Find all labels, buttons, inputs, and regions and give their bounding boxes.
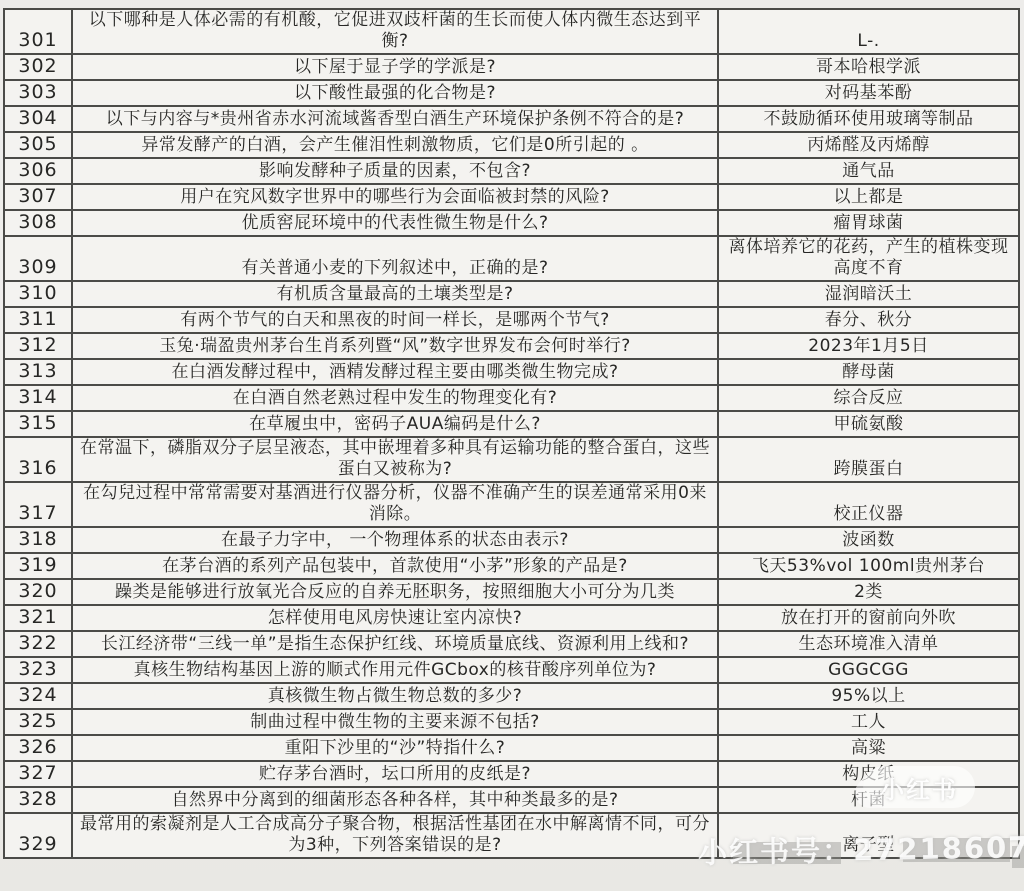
table-row: 301 以下哪种是人体必需的有机酸，它促进双歧杆菌的生长而使人体内微生态达到平衡… [4,9,1019,54]
row-number: 327 [4,761,72,787]
question-cell: 在白酒自然老熟过程中发生的物理变化有? [72,385,718,411]
answer-cell: GGGCGG [718,657,1019,683]
row-number: 317 [4,482,72,527]
xiaohongshu-logo-watermark: 小红书 [863,766,975,808]
table-row: 308 优质窖屁环境中的代表性微生物是什么? 瘤胃球菌 [4,210,1019,236]
answer-cell: 对码基苯酚 [718,80,1019,106]
table-row: 319 在茅台酒的系列产品包装中，首款使用“小茅”形象的产品是? 飞天53%vo… [4,553,1019,579]
row-number: 306 [4,158,72,184]
table-row: 307 用户在究风数字世界中的哪些行为会面临被封禁的风险? 以上都是 [4,184,1019,210]
row-number: 307 [4,184,72,210]
row-number: 310 [4,281,72,307]
table-row: 324 真核微生物占微生物总数的多少? 95%以上 [4,683,1019,709]
row-number: 325 [4,709,72,735]
row-number: 312 [4,333,72,359]
question-cell: 躁类是能够进行放氧光合反应的自养无胚职务，按照细胞大小可分为几类 [72,579,718,605]
question-cell: 以下与内容与*贵州省赤水河流域酱香型白酒生产环境保护条例不符合的是? [72,106,718,132]
table-row: 309 有关普通小麦的下列叙述中，正确的是? 离体培养它的花药，产生的植株变现高… [4,236,1019,281]
table-row: 322 长江经济带“三线一单”是指生态保护红线、环境质量底线、资源利用上线和? … [4,631,1019,657]
answer-cell: 离体培养它的花药，产生的植株变现高度不育 [718,236,1019,281]
question-cell: 在勾兒过程中常常需要对基酒进行仪器分析，仪器不准确产生的误差通常采用0来消除。 [72,482,718,527]
answer-cell: 湿润暗沃土 [718,281,1019,307]
row-number: 313 [4,359,72,385]
xiaohongshu-id-watermark: 小红书号：272186074 [698,825,1024,872]
table-row: 302 以下屋于显子学的学派是? 哥本哈根学派 [4,54,1019,80]
table-row: 313 在白酒发酵过程中，酒精发酵过程主要由哪类微生物完成? 酵母菌 [4,359,1019,385]
answer-cell: 综合反应 [718,385,1019,411]
row-number: 322 [4,631,72,657]
table-row: 326 重阳下沙里的“沙”特指什么? 高粱 [4,735,1019,761]
answer-cell: 放在打开的窗前向外吹 [718,605,1019,631]
xiaohongshu-logo-text: 小红书 [880,770,958,805]
question-cell: 真核微生物占微生物总数的多少? [72,683,718,709]
answer-cell: 丙烯醛及丙烯醇 [718,132,1019,158]
answer-cell: 工人 [718,709,1019,735]
table-row: 315 在草履虫中，密码子AUA编码是什么? 甲硫氨酸 [4,411,1019,437]
answer-cell: 校正仪器 [718,482,1019,527]
table-row: 304 以下与内容与*贵州省赤水河流域酱香型白酒生产环境保护条例不符合的是? 不… [4,106,1019,132]
row-number: 315 [4,411,72,437]
row-number: 320 [4,579,72,605]
table-row: 317 在勾兒过程中常常需要对基酒进行仪器分析，仪器不准确产生的误差通常采用0来… [4,482,1019,527]
question-cell: 异常发酵产的白酒，会产生催泪性刺激物质，它们是0所引起的 。 [72,132,718,158]
answer-cell: 高粱 [718,735,1019,761]
answer-cell: 生态环境准入清单 [718,631,1019,657]
quiz-table-body: 301 以下哪种是人体必需的有机酸，它促进双歧杆菌的生长而使人体内微生态达到平衡… [4,9,1019,858]
question-cell: 有关普通小麦的下列叙述中，正确的是? [72,236,718,281]
quiz-table: 301 以下哪种是人体必需的有机酸，它促进双歧杆菌的生长而使人体内微生态达到平衡… [3,8,1020,859]
question-cell: 自然界中分离到的细菌形态各种各样，其中种类最多的是? [72,787,718,813]
table-row: 310 有机质含量最高的土壤类型是? 湿润暗沃土 [4,281,1019,307]
row-number: 329 [4,813,72,858]
answer-cell: 跨膜蛋白 [718,437,1019,482]
row-number: 311 [4,307,72,333]
row-number: 328 [4,787,72,813]
answer-cell: 飞天53%vol 100ml贵州茅台 [718,553,1019,579]
row-number: 305 [4,132,72,158]
table-row: 305 异常发酵产的白酒，会产生催泪性刺激物质，它们是0所引起的 。 丙烯醛及丙… [4,132,1019,158]
row-number: 323 [4,657,72,683]
question-cell: 用户在究风数字世界中的哪些行为会面临被封禁的风险? [72,184,718,210]
table-row: 303 以下酸性最强的化合物是? 对码基苯酚 [4,80,1019,106]
question-cell: 在草履虫中，密码子AUA编码是什么? [72,411,718,437]
row-number: 321 [4,605,72,631]
question-cell: 在最子力字中， 一个物理体系的状态由表示? [72,527,718,553]
question-cell: 以下屋于显子学的学派是? [72,54,718,80]
question-cell: 优质窖屁环境中的代表性微生物是什么? [72,210,718,236]
answer-cell: 酵母菌 [718,359,1019,385]
question-cell: 有机质含量最高的土壤类型是? [72,281,718,307]
table-row: 323 真核生物结构基因上游的顺式作用元件GCbox的核苷酸序列单位为? GGG… [4,657,1019,683]
answer-cell: 不鼓励循环使用玻璃等制品 [718,106,1019,132]
row-number: 301 [4,9,72,54]
table-row: 312 玉兔·瑞盈贵州茅台生肖系列暨“风”数字世界发布会何时举行? 2023年1… [4,333,1019,359]
table-row: 318 在最子力字中， 一个物理体系的状态由表示? 波函数 [4,527,1019,553]
quiz-table-photo: 301 以下哪种是人体必需的有机酸，它促进双歧杆菌的生长而使人体内微生态达到平衡… [0,0,1024,891]
question-cell: 怎样使用电风房快速让室内凉快? [72,605,718,631]
answer-cell: 春分、秋分 [718,307,1019,333]
question-cell: 以下哪种是人体必需的有机酸，它促进双歧杆菌的生长而使人体内微生态达到平衡? [72,9,718,54]
row-number: 302 [4,54,72,80]
table-row: 320 躁类是能够进行放氧光合反应的自养无胚职务，按照细胞大小可分为几类 2类 [4,579,1019,605]
row-number: 309 [4,236,72,281]
answer-cell: 95%以上 [718,683,1019,709]
row-number: 303 [4,80,72,106]
row-number: 316 [4,437,72,482]
table-row: 316 在常温下，磷脂双分子层呈液态，其中嵌埋着多种具有运输功能的整合蛋白，这些… [4,437,1019,482]
question-cell: 重阳下沙里的“沙”特指什么? [72,735,718,761]
row-number: 314 [4,385,72,411]
question-cell: 以下酸性最强的化合物是? [72,80,718,106]
question-cell: 长江经济带“三线一单”是指生态保护红线、环境质量底线、资源利用上线和? [72,631,718,657]
question-cell: 在白酒发酵过程中，酒精发酵过程主要由哪类微生物完成? [72,359,718,385]
answer-cell: 瘤胃球菌 [718,210,1019,236]
answer-cell: L-. [718,9,1019,54]
table-row: 306 影响发酵种子质量的因素，不包含? 通气品 [4,158,1019,184]
row-number: 304 [4,106,72,132]
question-cell: 有两个节气的白天和黑夜的时间一样长，是哪两个节气? [72,307,718,333]
row-number: 326 [4,735,72,761]
question-cell: 在茅台酒的系列产品包装中，首款使用“小茅”形象的产品是? [72,553,718,579]
table-row: 311 有两个节气的白天和黑夜的时间一样长，是哪两个节气? 春分、秋分 [4,307,1019,333]
row-number: 319 [4,553,72,579]
table-row: 325 制曲过程中微生物的主要来源不包括? 工人 [4,709,1019,735]
answer-cell: 通气品 [718,158,1019,184]
row-number: 318 [4,527,72,553]
question-cell: 最常用的索凝剂是人工合成高分子聚合物，根据活性基团在水中解离情不同，可分为3种，… [72,813,718,858]
question-cell: 在常温下，磷脂双分子层呈液态，其中嵌埋着多种具有运输功能的整合蛋白，这些蛋白又被… [72,437,718,482]
question-cell: 玉兔·瑞盈贵州茅台生肖系列暨“风”数字世界发布会何时举行? [72,333,718,359]
row-number: 308 [4,210,72,236]
question-cell: 影响发酵种子质量的因素，不包含? [72,158,718,184]
table-row: 321 怎样使用电风房快速让室内凉快? 放在打开的窗前向外吹 [4,605,1019,631]
row-number: 324 [4,683,72,709]
answer-cell: 2023年1月5日 [718,333,1019,359]
table-row: 314 在白酒自然老熟过程中发生的物理变化有? 综合反应 [4,385,1019,411]
answer-cell: 以上都是 [718,184,1019,210]
answer-cell: 甲硫氨酸 [718,411,1019,437]
answer-cell: 2类 [718,579,1019,605]
question-cell: 真核生物结构基因上游的顺式作用元件GCbox的核苷酸序列单位为? [72,657,718,683]
question-cell: 制曲过程中微生物的主要来源不包括? [72,709,718,735]
answer-cell: 波函数 [718,527,1019,553]
question-cell: 贮存茅台酒时，坛口所用的皮纸是? [72,761,718,787]
answer-cell: 哥本哈根学派 [718,54,1019,80]
